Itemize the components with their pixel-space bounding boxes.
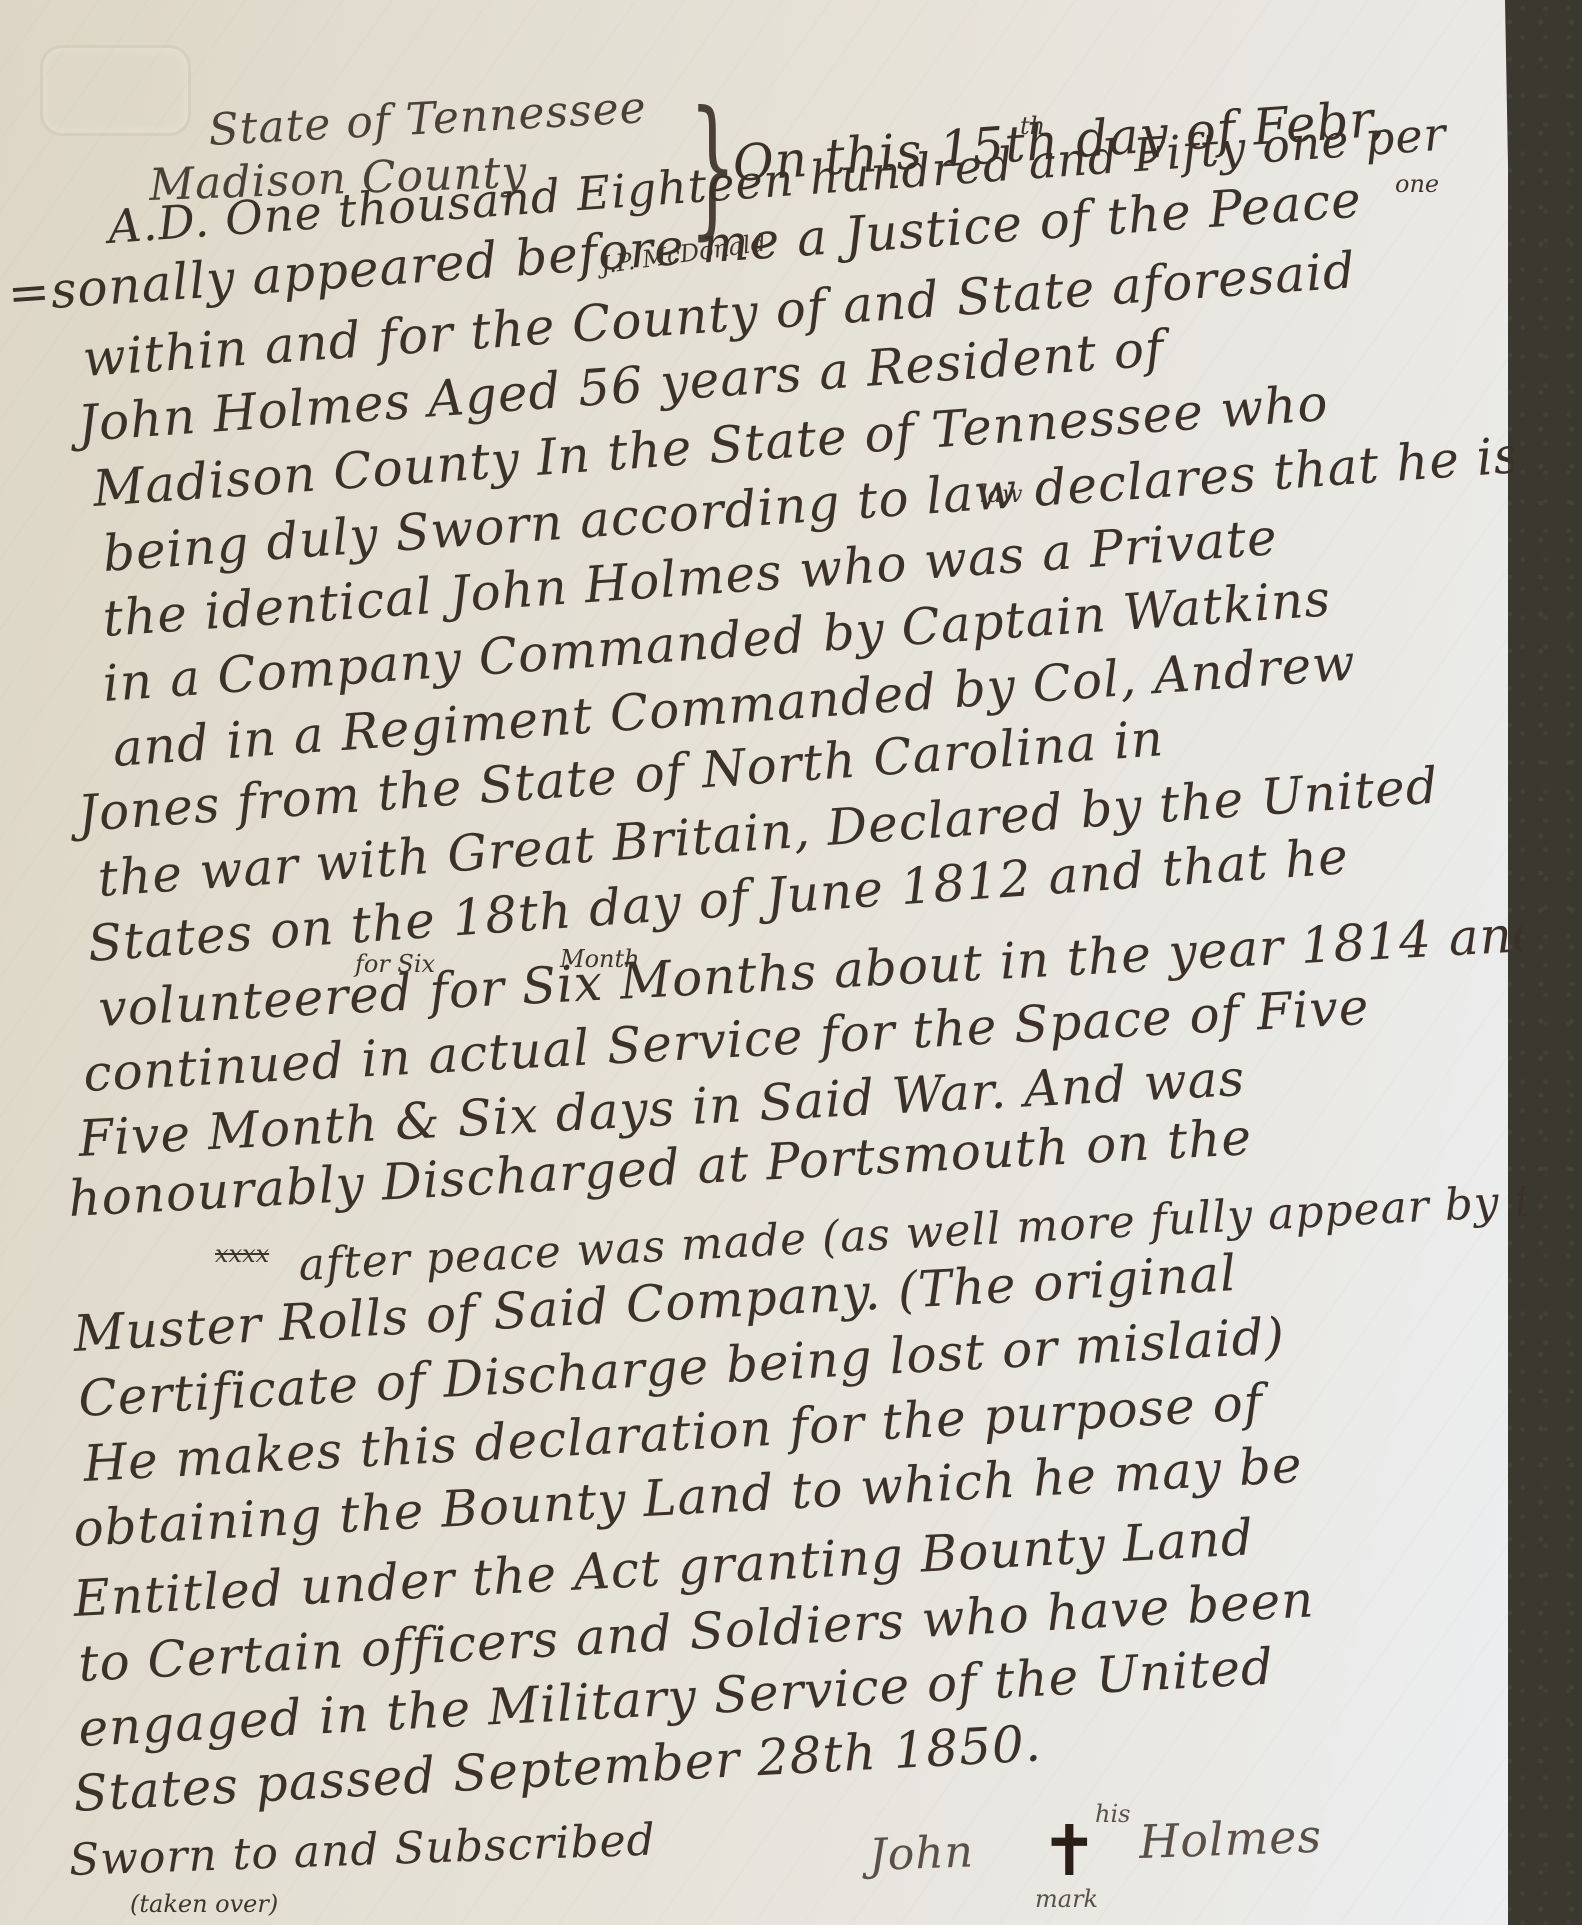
- text-line-1: On this 15th day of Febr,: [731, 90, 1388, 193]
- brace: }: [689, 80, 737, 254]
- text-line-20: Certificate of Discharge being lost or m…: [77, 1307, 1286, 1428]
- insert-month: Month: [560, 945, 640, 973]
- insert-law: law: [980, 480, 1023, 508]
- text-line-5: John Holmes Aged 56 years a Resident of: [76, 319, 1166, 453]
- text-line-23: Entitled under the Act granting Bounty L…: [72, 1508, 1255, 1628]
- cross-mark-icon: ✝: [1040, 1810, 1099, 1892]
- text-line-10: and in a Regiment Commanded by Col, Andr…: [111, 633, 1358, 778]
- text-line-12: the war with Great Britain, Declared by …: [96, 756, 1441, 908]
- taken-over-note: (taken over): [130, 1890, 278, 1918]
- signature-first-name: John: [868, 1826, 975, 1881]
- signature-mark-label: mark: [1035, 1885, 1098, 1913]
- insert-justice-name: J.P. McDonald: [599, 229, 768, 280]
- text-line-6: Madison County In the State of Tennessee…: [91, 374, 1330, 518]
- text-line-25: engaged in the Military Service of the U…: [77, 1637, 1275, 1758]
- text-line-7: being duly Sworn according to law declar…: [101, 426, 1522, 583]
- text-line-14: volunteered for Six Months about in the …: [97, 904, 1547, 1038]
- insert-for-six: for Six: [355, 950, 435, 978]
- text-line-22: obtaining the Bounty Land to which he ma…: [72, 1436, 1304, 1558]
- text-line-9: in a Company Commanded by Captain Watkin…: [101, 569, 1333, 713]
- text-line-16: Five Month & Six days in Said War. And w…: [77, 1049, 1246, 1168]
- text-line-4: within and for the County of and State a…: [81, 241, 1358, 388]
- text-line-19: Muster Rolls of Said Company. (The origi…: [72, 1244, 1238, 1363]
- text-line-26: States passed September 28th 1850.: [72, 1714, 1043, 1823]
- insert-th: th: [1020, 112, 1045, 140]
- text-line-24: to Certain officers and Soldiers who hav…: [77, 1570, 1316, 1693]
- sworn-subscribed: Sworn to and Subscribed: [68, 1815, 656, 1886]
- text-line-17: honourably Discharged at Portsmouth on t…: [67, 1108, 1253, 1228]
- text-line-2: A.D. One thousand Eighteen hundred and F…: [106, 107, 1448, 254]
- text-line-8: the identical John Holmes who was a Priv…: [101, 508, 1279, 648]
- signature-last-name: Holmes: [1138, 1809, 1323, 1869]
- text-line-21: He makes this declaration for the purpos…: [82, 1373, 1265, 1493]
- embossed-stamp: [40, 45, 191, 136]
- text-line-3: =sonally appeared before me a Justice of…: [6, 170, 1363, 323]
- text-line-15: continued in actual Service for the Spac…: [82, 978, 1371, 1103]
- text-line-13: States on the 18th day of June 1812 and …: [86, 827, 1350, 973]
- caption-county: Madison County: [148, 147, 528, 211]
- text-line-18: after peace was made (as well more fully…: [297, 1172, 1582, 1291]
- caption-state: State of Tennessee: [207, 82, 648, 156]
- insert-one: one: [1395, 170, 1439, 198]
- document-page: State of Tennessee Madison County } On t…: [0, 0, 1508, 1925]
- crossed-out-text: xxxx: [215, 1240, 269, 1268]
- signature-his: his: [1095, 1800, 1130, 1828]
- text-line-11: Jones from the State of North Carolina i…: [76, 709, 1166, 843]
